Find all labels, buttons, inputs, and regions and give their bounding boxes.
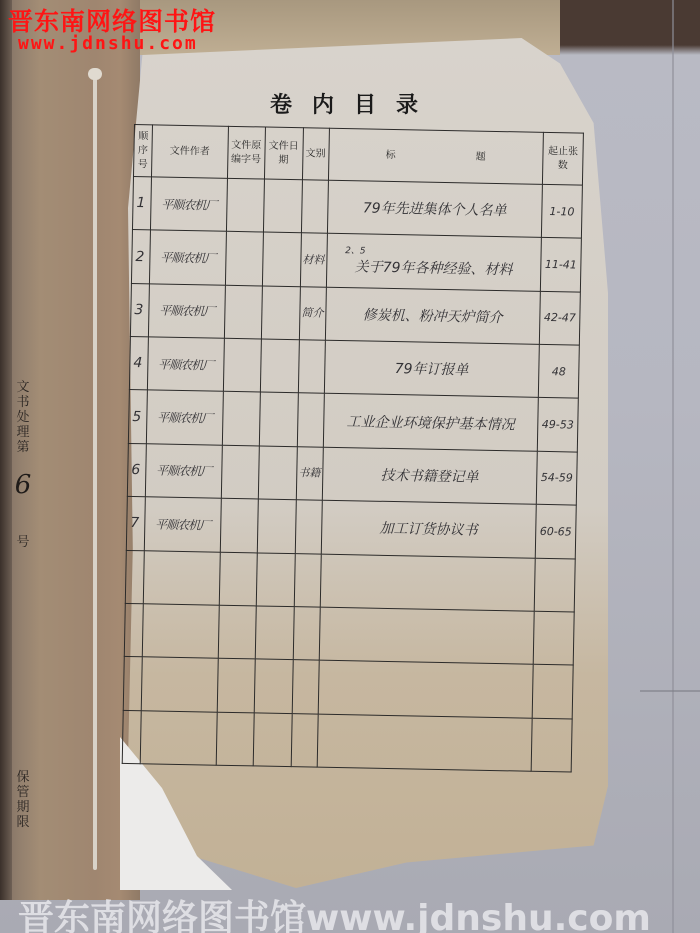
cell-note: [328, 197, 541, 201]
cell-title-text: 技术书籍登记单: [380, 468, 478, 486]
table-row-empty: [123, 657, 573, 719]
cell-note: [326, 304, 539, 308]
table-row: 6 平顺农机厂 书籍 技术书籍登记单 54-59: [127, 443, 577, 505]
cell-title-text: 加工订货协议书: [379, 521, 477, 539]
cell-original-no: [221, 445, 259, 499]
cell-type: [291, 713, 318, 767]
cell-original-no: [224, 285, 262, 339]
cell-pages: 42-47: [539, 291, 580, 345]
cell-seq: [125, 550, 144, 604]
cell-title: 加工订货协议书: [321, 500, 537, 557]
volume-catalog-table: 顺序号 文件作者 文件原编字号 文件日期 文别 标 题 起止张数 1 平顺农机厂…: [122, 124, 584, 773]
cell-pages: 11-41: [540, 238, 581, 292]
cell-original-no: [217, 658, 255, 712]
cell-original-no: [220, 498, 258, 552]
cell-seq: [122, 710, 141, 764]
cell-type: [297, 393, 324, 447]
floor-tile-seam: [672, 0, 674, 933]
spine-volume-label: 文书处理第: [12, 380, 34, 455]
header-date: 文件日期: [264, 127, 303, 180]
cell-date: [254, 659, 293, 713]
cell-type: [294, 553, 321, 607]
cell-seq: 1: [132, 176, 151, 230]
header-author: 文件作者: [151, 125, 228, 178]
cell-title: 工业企业环境保护基本情况: [323, 394, 539, 451]
cell-original-no: [216, 712, 254, 766]
table-body: 1 平顺农机厂 79年先进集体个人名单 1-10 2 平顺农机厂 材料 2、5关…: [122, 176, 582, 772]
cell-original-no: [223, 338, 261, 392]
cell-author: 平顺农机厂: [150, 177, 227, 232]
cell-title: 79年先进集体个人名单: [327, 180, 543, 237]
spine-retention-label: 保管期限: [12, 770, 34, 830]
cell-title-text: 79年订报单: [395, 361, 469, 378]
cell-pages: 1-10: [541, 184, 582, 238]
cell-type: 书籍: [296, 446, 323, 500]
cell-seq: [123, 657, 142, 711]
cell-seq: 7: [126, 497, 145, 551]
cell-author: [142, 604, 219, 659]
cell-pages: [532, 664, 573, 718]
cell-type: 材料: [300, 233, 327, 287]
table-row: 4 平顺农机厂 79年订报单 48: [129, 337, 579, 399]
cell-title: 79年订报单: [324, 340, 540, 397]
cell-type: [295, 500, 322, 554]
table-row: 5 平顺农机厂 工业企业环境保护基本情况 49-53: [128, 390, 578, 452]
cell-seq: 2: [131, 230, 150, 284]
cell-date: [263, 179, 302, 233]
cell-date: [253, 713, 292, 767]
cell-author: [140, 710, 217, 765]
table-row-empty: [124, 603, 574, 665]
cell-date: [261, 286, 300, 340]
cell-date: [256, 552, 295, 606]
cell-date: [255, 606, 294, 660]
cell-date: [260, 339, 299, 393]
header-original-no: 文件原编字号: [227, 126, 265, 179]
cell-seq: [124, 603, 143, 657]
cell-date: [258, 446, 297, 500]
document-title: 卷内目录: [270, 88, 450, 119]
header-title: 标 题: [328, 128, 543, 184]
cell-pages: [533, 611, 574, 665]
cell-title: 技术书籍登记单: [322, 447, 538, 504]
cell-type: 简介: [299, 286, 326, 340]
cell-author: 平顺农机厂: [149, 230, 226, 285]
cell-seq: 5: [128, 390, 147, 444]
table-row-empty: [125, 550, 575, 612]
cell-pages: [531, 718, 572, 772]
cell-title: [320, 554, 536, 611]
cell-date: [257, 499, 296, 553]
cell-pages: [534, 558, 575, 612]
floor-tile-seam: [640, 690, 700, 692]
cell-original-no: [222, 392, 260, 446]
cell-title: [317, 714, 533, 772]
cell-original-no: [225, 232, 263, 286]
cell-author: [141, 657, 218, 712]
cell-title: 2、5关于79年各种经验、材料: [326, 234, 542, 291]
cell-title-text: 关于79年各种经验、材料: [355, 259, 513, 278]
header-type: 文别: [302, 128, 329, 180]
cell-type: [293, 607, 320, 661]
header-pages: 起止张数: [542, 132, 583, 185]
header-seq: 顺序号: [133, 125, 152, 177]
cell-pages: 49-53: [537, 398, 578, 452]
cell-seq: 4: [129, 337, 148, 391]
cell-pages: 60-65: [535, 504, 576, 558]
cell-title: [319, 607, 535, 664]
cell-author: [143, 550, 220, 605]
cell-type: [301, 180, 328, 234]
binding-string: [93, 70, 97, 870]
cell-author: 平顺农机厂: [147, 337, 224, 392]
table-row: 7 平顺农机厂 加工订货协议书 60-65: [126, 497, 576, 559]
cell-title: 修炭机、粉冲天炉简介: [325, 287, 541, 344]
watermark-bottom: 晋东南网络图书馆www.jdnshu.com: [18, 890, 651, 933]
cell-author: 平顺农机厂: [148, 284, 225, 339]
cell-author: 平顺农机厂: [144, 497, 221, 552]
cell-author: 平顺农机厂: [146, 390, 223, 445]
table-row: 3 平顺农机厂 简介 修炭机、粉冲天炉简介 42-47: [130, 283, 580, 345]
binding-knot: [88, 68, 102, 80]
cell-date: [259, 392, 298, 446]
cell-note: [322, 517, 535, 521]
cell-seq: 6: [127, 443, 146, 497]
watermark-url: www.jdnshu.com: [18, 33, 198, 54]
spine-volume-suffix: 号: [12, 535, 34, 550]
cell-type: [298, 340, 325, 394]
cell-title-text: 修炭机、粉冲天炉简介: [362, 307, 502, 326]
spine-volume-number: 6: [10, 470, 36, 500]
cell-note: 2、5: [327, 245, 541, 259]
table-row: 1 平顺农机厂 79年先进集体个人名单 1-10: [132, 176, 582, 238]
cell-note: [323, 464, 536, 468]
cell-note: [325, 357, 538, 361]
cell-pages: 54-59: [536, 451, 577, 505]
cell-date: [262, 232, 301, 286]
cell-seq: 3: [130, 283, 149, 337]
cell-author: 平顺农机厂: [145, 444, 222, 499]
table-header-row: 顺序号 文件作者 文件原编字号 文件日期 文别 标 题 起止张数: [133, 125, 583, 186]
folder-edge: [0, 0, 12, 900]
cell-original-no: [218, 605, 256, 659]
cell-original-no: [219, 552, 257, 606]
table-row: 2 平顺农机厂 材料 2、5关于79年各种经验、材料 11-41: [131, 230, 581, 292]
cell-pages: 48: [538, 344, 579, 398]
cell-title-text: 79年先进集体个人名单: [363, 201, 507, 220]
cell-original-no: [226, 178, 264, 232]
cell-type: [292, 660, 319, 714]
table-row-empty: [122, 710, 572, 772]
cell-title-text: 工业企业环境保护基本情况: [346, 414, 514, 433]
cell-title: [318, 660, 534, 717]
